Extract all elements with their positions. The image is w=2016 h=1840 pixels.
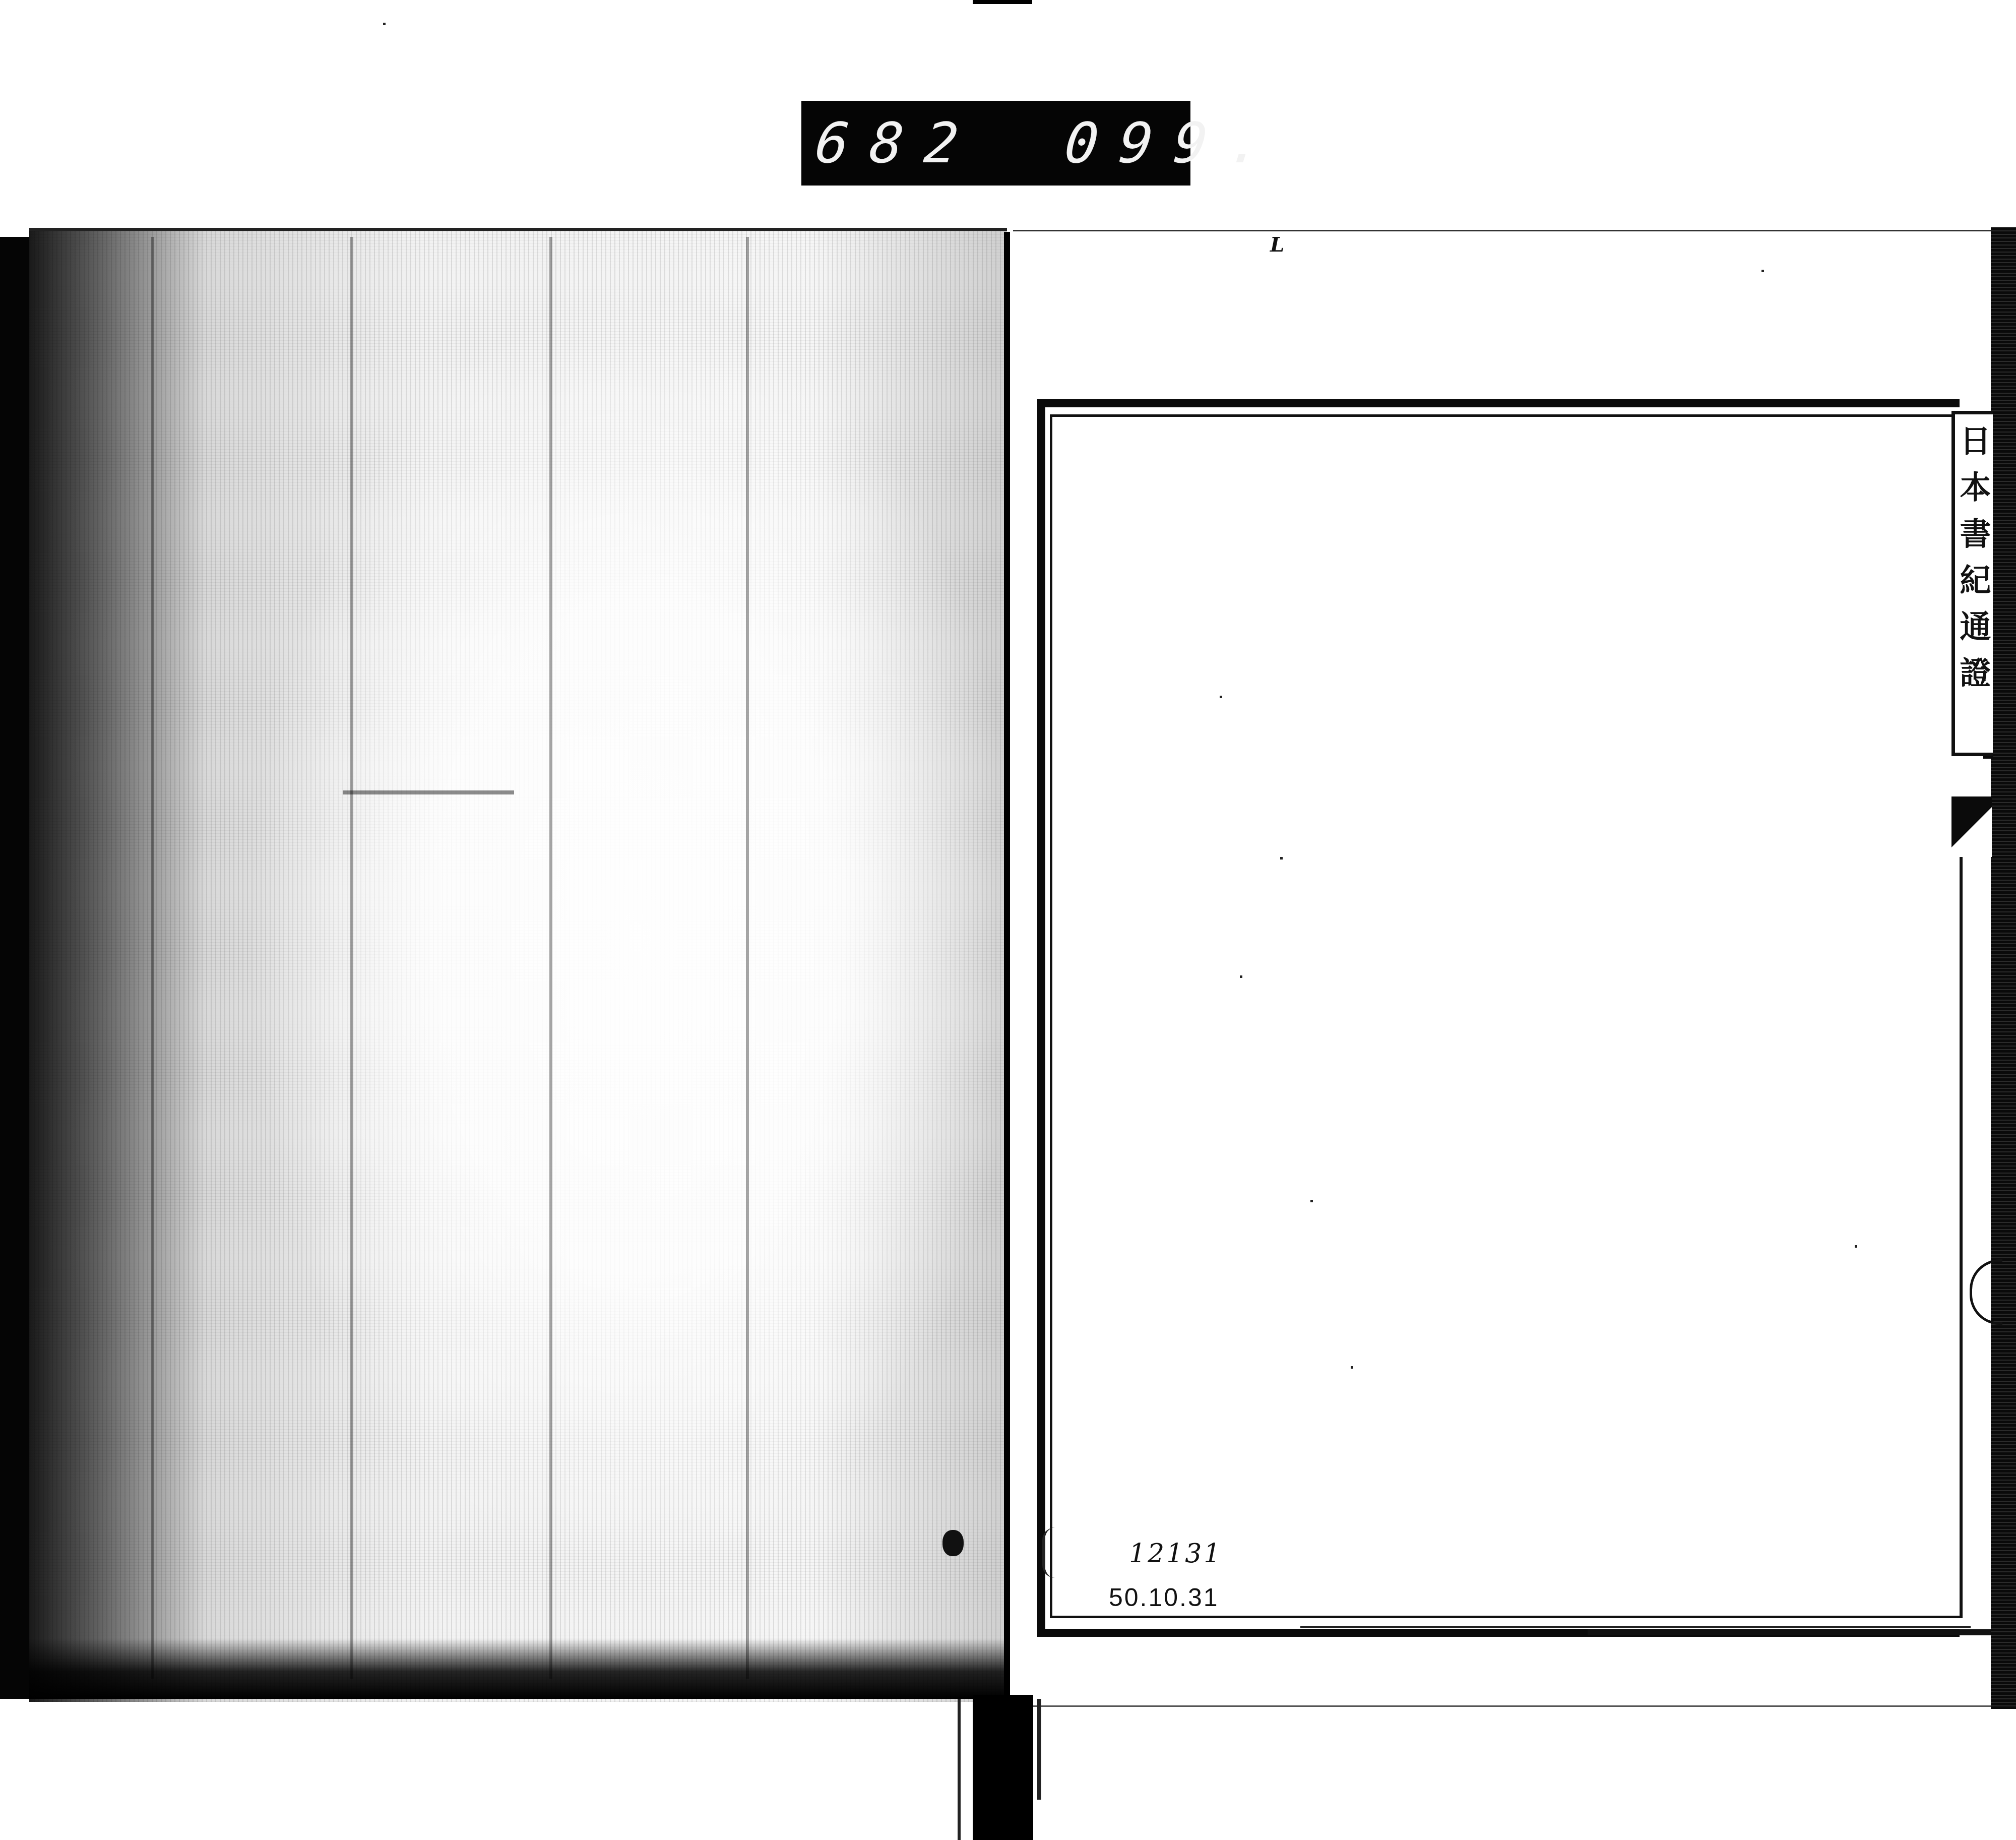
- page-border-right-line: [1960, 852, 1963, 1618]
- left-page: [29, 228, 1007, 1702]
- speck: [383, 23, 386, 25]
- left-page-fold-line: [549, 237, 552, 1679]
- bottom-rule-thick: [1588, 1629, 1991, 1635]
- left-page-bottom-shadow: [29, 1638, 1007, 1699]
- bottom-rule: [1300, 1626, 1971, 1628]
- stamp-bracket: [1042, 1527, 1055, 1578]
- left-page-fold-line: [350, 237, 353, 1679]
- title-slip-text: 日本書紀通證: [1960, 424, 1995, 703]
- spine-block: [973, 1695, 1033, 1840]
- film-leader-mark: [973, 0, 1032, 4]
- frame-counter: 682 099.: [801, 101, 1190, 186]
- speck: [1280, 857, 1283, 860]
- title-slip: 日本書紀通證: [1951, 411, 1993, 756]
- speck: [1240, 975, 1242, 978]
- ink-blot: [942, 1530, 964, 1556]
- counter-right-digits: 099.: [1062, 115, 1286, 171]
- left-page-fold-line: [151, 237, 154, 1679]
- corner-glyph: L: [1270, 233, 1284, 257]
- speck: [1855, 1245, 1857, 1248]
- spine-edge: [1037, 1699, 1041, 1800]
- left-page-faint-mark: [343, 790, 514, 794]
- left-book-edge: [0, 237, 31, 1699]
- accession-number-stamp: 12131: [1129, 1539, 1222, 1569]
- speck: [1310, 1200, 1313, 1202]
- page-border-inner: [1050, 414, 1962, 1618]
- folded-corner: [1951, 796, 1992, 857]
- gutter-line: [1004, 232, 1010, 1699]
- spine-edge: [958, 1699, 961, 1840]
- speck: [1351, 1366, 1353, 1369]
- counter-left-digits: 682: [812, 115, 982, 171]
- left-page-fold-line: [746, 237, 749, 1679]
- speck: [1220, 696, 1222, 698]
- speck: [1761, 270, 1764, 272]
- date-stamp: 50.10.31: [1109, 1583, 1219, 1612]
